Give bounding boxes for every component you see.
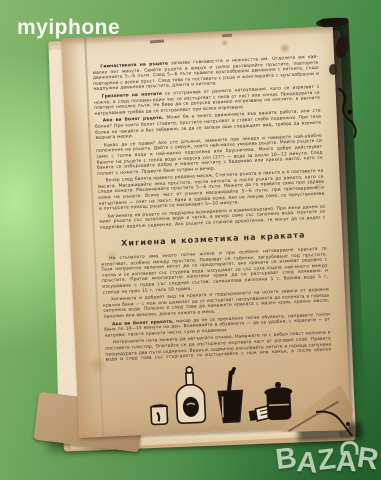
powder-pot-icon	[264, 381, 294, 420]
document-page: Гимнастиката на ръцете запазва гъвкавост…	[61, 26, 351, 438]
cream-jar-icon	[150, 404, 169, 425]
bazar-watermark: B A Z A R	[276, 448, 378, 474]
lotion-bottle-icon	[175, 366, 206, 423]
bazar-letter: B	[275, 445, 299, 473]
section-feet: На стъпалото има много потни жлези и при…	[101, 247, 332, 363]
cosmetics-illustration	[143, 360, 298, 433]
bag-handle-icon	[340, 441, 358, 456]
page-content: Гимнастиката на ръцете запазва гъвкавост…	[61, 26, 351, 436]
paragraph-text: На стъпалото има много потни жлези и при…	[101, 247, 328, 296]
glass-with-brush-icon	[217, 367, 243, 423]
photo-of-old-booklet: Гимнастиката на ръцете запазва гъвкавост…	[0, 0, 381, 480]
bazar-letter: Z	[317, 446, 338, 474]
torn-edge-mark	[329, 64, 337, 75]
section-hands: Гимнастиката на ръцете запазва гъвкавост…	[92, 55, 325, 231]
bazar-letter: R	[355, 445, 380, 474]
page-title: Хигиена и козметика на краката	[100, 230, 326, 250]
bazar-letter: A	[296, 449, 319, 477]
myiphone-watermark: myiphone	[17, 16, 120, 40]
